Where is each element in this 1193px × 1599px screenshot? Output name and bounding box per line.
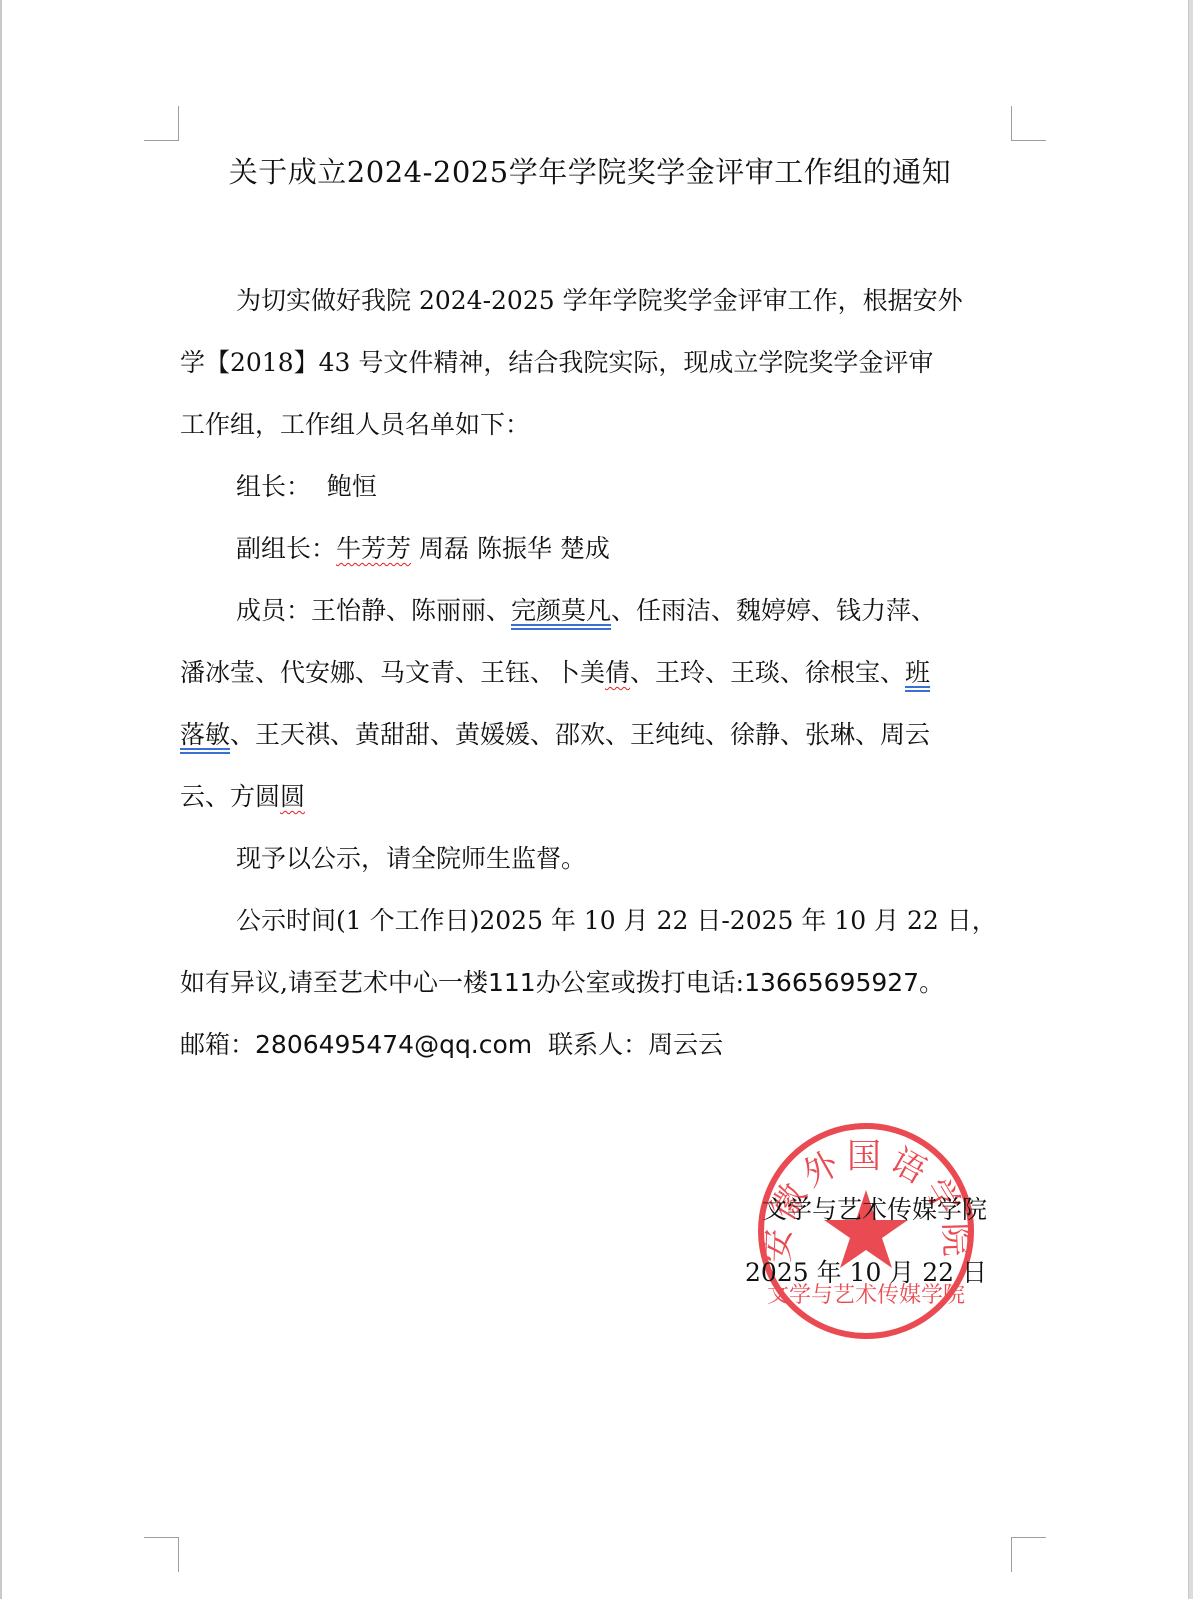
publicity-line: 现予以公示，请全院师生监督。 [180,828,1010,890]
leader-line: 组长： 鲍恒 [180,456,1010,518]
document-title: 关于成立2024-2025学年学院奖学金评审工作组的通知 [180,150,1000,191]
room-number: 111 [488,968,536,997]
signature-date: 2025 年 10 月 22 日 [745,1253,987,1289]
intro-line-3: 工作组，工作组人员名单如下： [180,394,1010,456]
leader-name: 鲍恒 [327,472,377,501]
objection-text: 办公室或拨打电话: [536,968,744,997]
margin-mark-top-left [144,106,179,141]
official-seal-icon: 安徽外国语学院 文学与艺术传媒学院 [755,1120,977,1342]
phone-number: 13665695927 [744,968,919,997]
members-flagged-name: 完颜莫凡 [511,596,611,625]
members-label: 成员： [236,596,311,625]
deputy-label: 副组长： [236,534,336,563]
members-line-3: 落敏、王天祺、黄甜甜、黄媛媛、邵欢、王纯纯、徐静、张琳、周云 [180,704,1010,766]
members-line-4: 云、方圆圆 [180,766,1010,828]
spellcheck-flag: 圆 [280,782,305,811]
members-flagged-name: 班 [905,658,930,687]
members-text: 云、方圆 [180,782,280,811]
deputy-name: 牛芳芳 [336,534,411,563]
members-line-1: 成员：王怡静、陈丽丽、完颜莫凡、任雨洁、魏婷婷、钱力萍、 [180,580,1010,642]
period-line: 公示时间(1 个工作日)2025 年 10 月 22 日-2025 年 10 月… [180,890,1010,952]
objection-text: 。 [919,968,944,997]
members-text: 王怡静、陈丽丽、 [311,596,511,625]
page-scrollbar[interactable] [1188,0,1193,1599]
document-body: 为切实做好我院 2024-2025 学年学院奖学金评审工作，根据安外 学【201… [180,270,1010,1076]
contact-line: 邮箱：2806495474@qq.com 联系人：周云云 [180,1014,1010,1076]
members-text: 、王玲、王琰、徐根宝、 [630,658,905,687]
margin-mark-bottom-left [144,1537,179,1572]
deputy-name: 楚成 [560,534,610,563]
members-flagged-name: 落敏 [180,720,230,749]
objection-text: 如有异议,请至艺术中心一楼 [180,968,488,997]
intro-line-2: 学【2018】43 号文件精神，结合我院实际，现成立学院奖学金评审 [180,332,1010,394]
margin-mark-bottom-right [1011,1537,1046,1572]
objection-line: 如有异议,请至艺术中心一楼111办公室或拨打电话:13665695927。 [180,952,1010,1014]
members-line-2: 潘冰莹、代安娜、马文青、王钰、卜美倩、王玲、王琰、徐根宝、班 [180,642,1010,704]
signature-organization: 文学与艺术传媒学院 [762,1190,987,1226]
deputy-name: 周磊 [419,534,469,563]
members-text: 潘冰莹、代安娜、马文青、王钰、卜美 [180,658,605,687]
email-label: 邮箱： [180,1030,255,1059]
members-text: 、王天祺、黄甜甜、黄媛媛、邵欢、王纯纯、徐静、张琳、周云 [230,720,930,749]
spellcheck-flag: 倩 [605,658,630,687]
deputy-name: 陈振华 [477,534,552,563]
intro-line-1: 为切实做好我院 2024-2025 学年学院奖学金评审工作，根据安外 [180,270,1010,332]
members-text: 、任雨洁、魏婷婷、钱力萍、 [611,596,936,625]
contact-name: 周云云 [648,1030,723,1059]
email-address: 2806495474@qq.com [255,1030,532,1059]
leader-label: 组长： [236,472,311,501]
deputy-line: 副组长：牛芳芳 周磊 陈振华 楚成 [180,518,1010,580]
page-edge-left [0,0,2,1599]
margin-mark-top-right [1011,106,1046,141]
contact-label: 联系人： [548,1030,648,1059]
